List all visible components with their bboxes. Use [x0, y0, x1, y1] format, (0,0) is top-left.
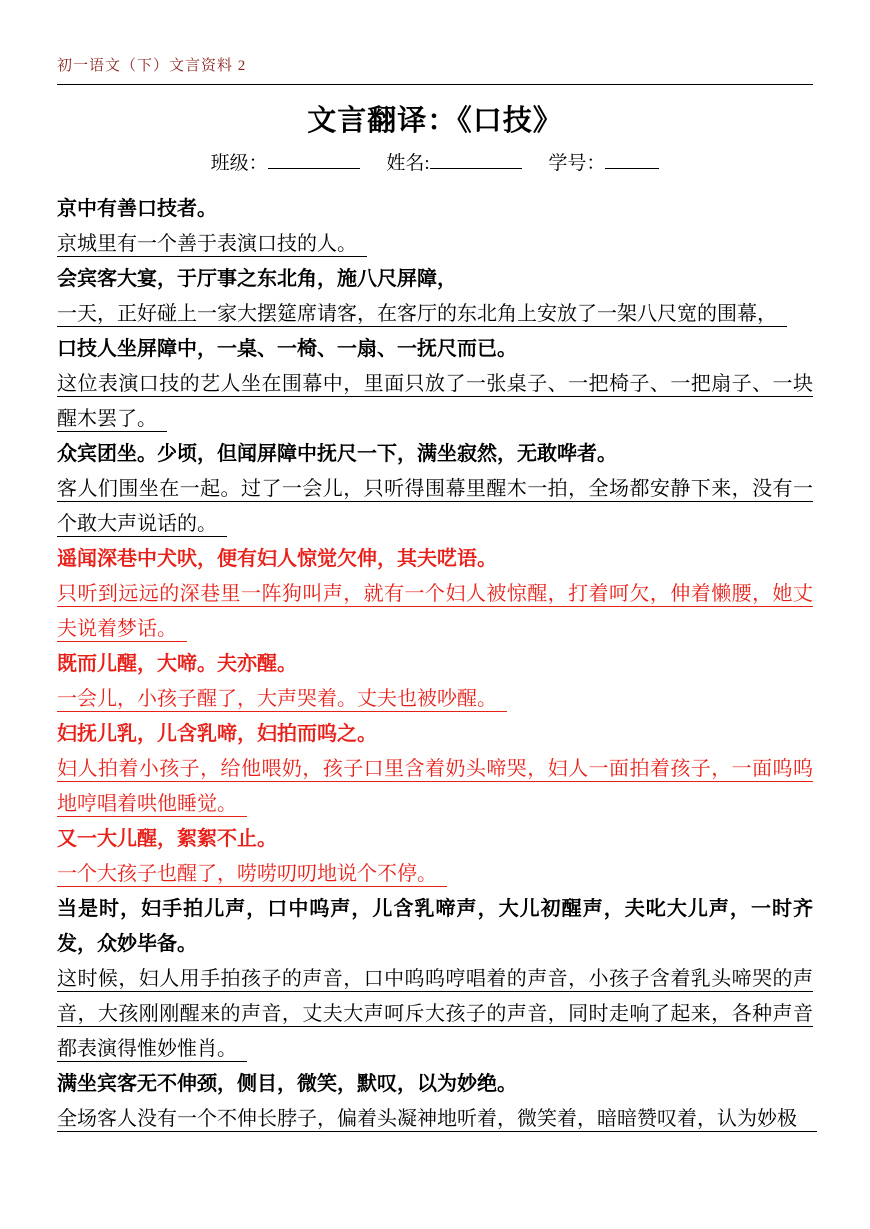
class-label: 班级： — [211, 153, 268, 174]
id-blank-line — [605, 149, 659, 169]
translation-line: 这位表演口技的艺人坐在围幕中，里面只放了一张桌子、一把椅子、一把扇子、一块醒木罢… — [57, 367, 813, 437]
translation-line: 妇人拍着小孩子，给他喂奶，孩子口里含着奶头啼哭，妇人一面拍着孩子，一面呜呜地哼唱… — [57, 752, 813, 822]
translation-line: 客人们围坐在一起。过了一会儿，只听得围幕里醒木一拍，全场都安静下来，没有一个敢大… — [57, 472, 813, 542]
translation-line: 京城里有一个善于表演口技的人。 — [57, 227, 813, 262]
source-line: 众宾团坐。少顷，但闻屏障中抚尺一下，满坐寂然，无敢哗者。 — [57, 437, 813, 472]
source-line: 口技人坐屏障中，一桌、一椅、一扇、一抚尺而已。 — [57, 332, 813, 367]
translation-line: 只听到远远的深巷里一阵狗叫声，就有一个妇人被惊醒，打着呵欠，伸着懒腰，她丈夫说着… — [57, 577, 813, 647]
translation-line: 这时候，妇人用手拍孩子的声音，口中呜呜哼唱着的声音，小孩子含着乳头啼哭的声音，大… — [57, 962, 813, 1067]
source-line: 既而儿醒，大啼。夫亦醒。 — [57, 647, 813, 682]
translation-line: 一会儿，小孩子醒了，大声哭着。丈夫也被吵醒。 — [57, 682, 813, 717]
student-info-row: 班级： 姓名: 学号： — [57, 149, 813, 178]
translation-line: 全场客人没有一个不伸长脖子，偏着头凝神地听着，微笑着，暗暗赞叹着，认为妙极 — [57, 1102, 813, 1137]
translation-line: 一个大孩子也醒了，唠唠叨叨地说个不停。 — [57, 857, 813, 892]
source-line: 当是时，妇手拍儿声，口中呜声，儿含乳啼声，大儿初醒声，夫叱大儿声，一时齐发，众妙… — [57, 892, 813, 962]
page-header: 初一语文（下）文言资料 2 — [57, 56, 813, 85]
translation-line: 一天，正好碰上一家大摆筵席请客，在客厅的东北角上安放了一架八尺宽的围幕， — [57, 297, 813, 332]
content: 京中有善口技者。京城里有一个善于表演口技的人。会宾客大宴，于厅事之东北角，施八尺… — [57, 192, 813, 1137]
source-line: 遥闻深巷中犬吠，便有妇人惊觉欠伸，其夫呓语。 — [57, 542, 813, 577]
source-line: 妇抚儿乳，儿含乳啼，妇拍而呜之。 — [57, 717, 813, 752]
class-field: 班级： — [211, 153, 360, 174]
page-title: 文言翻译：《口技》 — [57, 101, 813, 141]
worksheet-page: 初一语文（下）文言资料 2 文言翻译：《口技》 班级： 姓名: 学号： 京中有善… — [57, 0, 813, 1137]
source-line: 会宾客大宴，于厅事之东北角，施八尺屏障， — [57, 262, 813, 297]
id-field: 学号： — [548, 153, 659, 174]
class-blank-line — [268, 149, 360, 169]
source-line: 京中有善口技者。 — [57, 192, 813, 227]
source-line: 满坐宾客无不伸颈，侧目，微笑，默叹，以为妙绝。 — [57, 1067, 813, 1102]
source-line: 又一大儿醒，絮絮不止。 — [57, 822, 813, 857]
name-blank-line — [430, 149, 522, 169]
name-label: 姓名: — [386, 153, 429, 174]
id-label: 学号： — [548, 153, 605, 174]
name-field: 姓名: — [386, 153, 521, 174]
